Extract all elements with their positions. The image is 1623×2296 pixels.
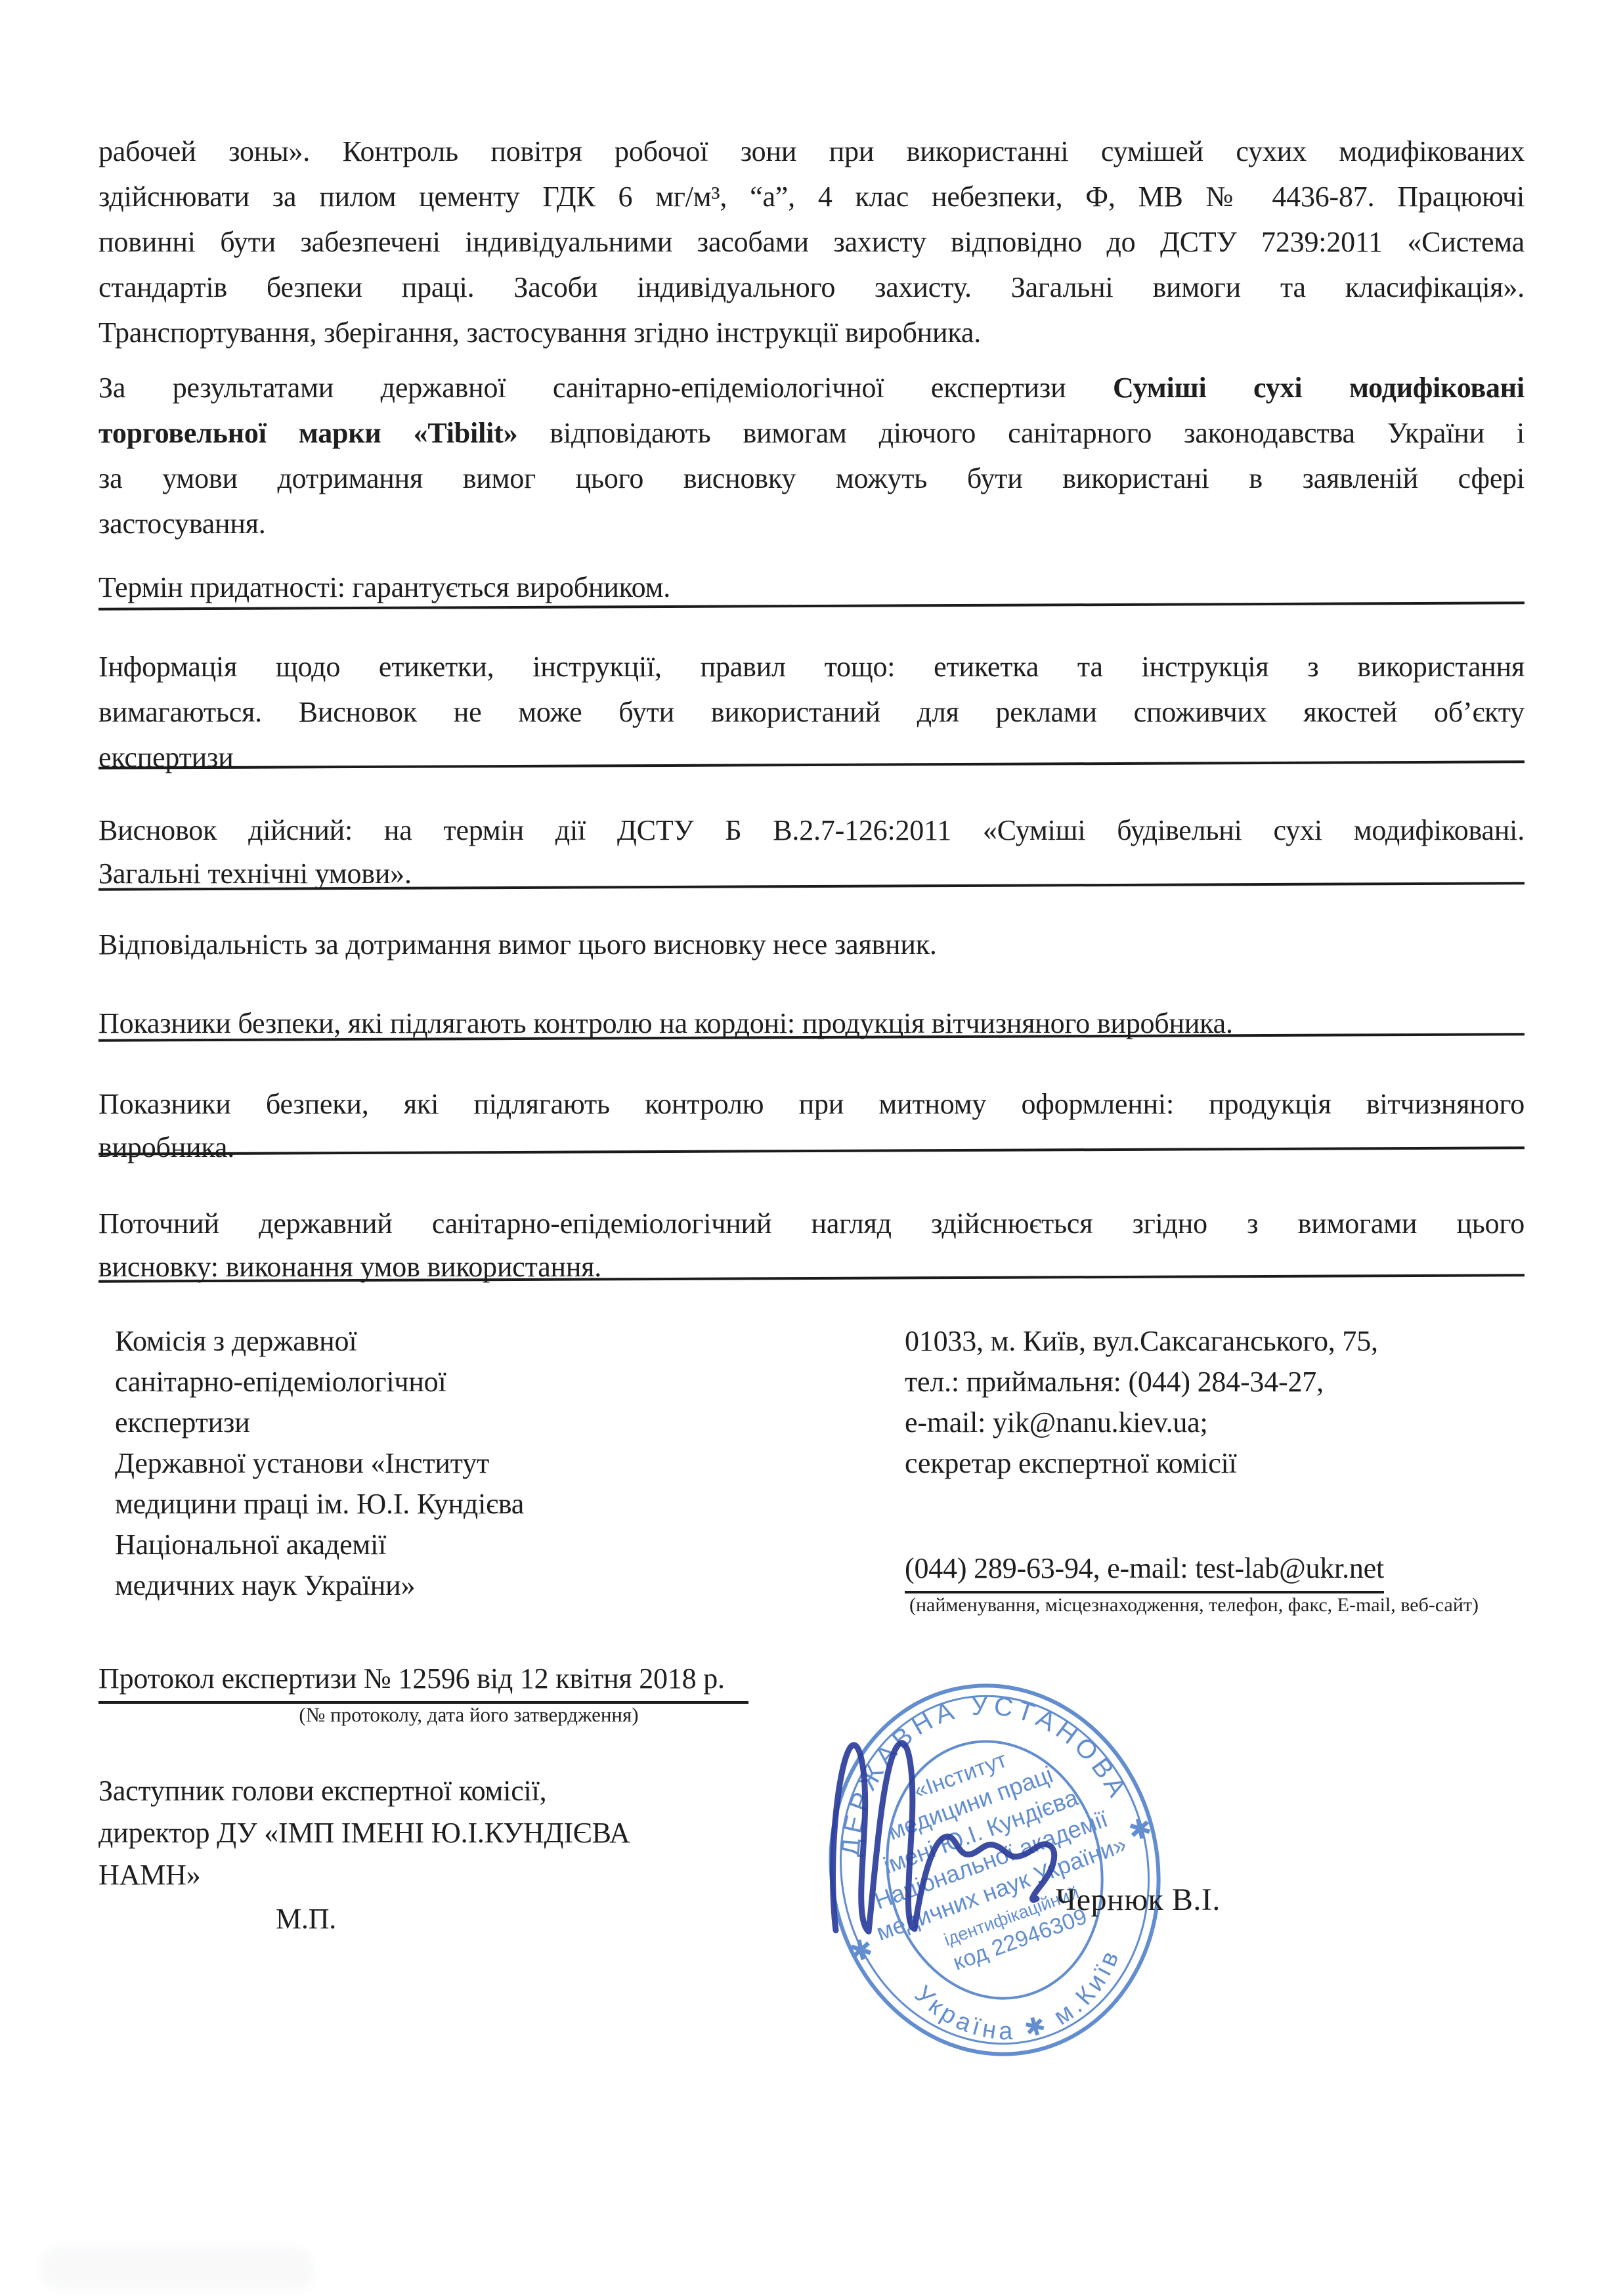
signoff-title-line: Заступник голови експертної комісії, (98, 1770, 821, 1812)
text-line: Інформація щодо етикетки, інструкції, пр… (98, 644, 1525, 689)
lab-phone-email: (044) 289-63-94, e-mail: test-lab@ukr.ne… (905, 1548, 1384, 1589)
paragraph-expertise-result: За результатами державної санітарно-епід… (98, 365, 1525, 546)
commission-name-block: Комісія з державної санітарно-епідеміоло… (115, 1321, 804, 1606)
paragraph-customs-control: Показники безпеки, які підлягають контро… (98, 1083, 1525, 1169)
text-line: висновку: виконання умов використання. (98, 1245, 1525, 1289)
text-line: експертизи (115, 1402, 804, 1443)
protocol-caption: (№ протоколу, дата його затвердження) (272, 1703, 666, 1727)
text-run: За результатами державної санітарно-епід… (98, 372, 1066, 404)
text-line: За результатами державної санітарно-епід… (98, 365, 1525, 410)
text-line: стандартів безпеки праці. Засоби індивід… (98, 265, 1525, 310)
paragraph-label-info: Інформація щодо етикетки, інструкції, пр… (98, 644, 1525, 780)
text-line: за умови дотримання вимог цього висновку… (98, 456, 1525, 501)
text-line: медичних наук України» (115, 1565, 804, 1606)
commission-contacts-block: 01033, м. Київ, вул.Саксаганського, 75, … (905, 1321, 1535, 1484)
secretary-line: секретар експертної комісії (905, 1443, 1535, 1484)
text-line: Показники безпеки, які підлягають контро… (98, 1083, 1525, 1126)
stamp-place-mark: М.П. (276, 1896, 473, 1941)
paragraph-working-zone-control: рабочей зоны». Контроль повітря робочої … (98, 129, 1525, 355)
text-line: Комісія з державної (115, 1321, 804, 1362)
text-line: вимагаються. Висновок не може бути викор… (98, 689, 1525, 735)
text-line: Транспортування, зберігання, застосуванн… (98, 310, 1525, 355)
text-line: медицини праці ім. Ю.І. Кундієва (115, 1484, 804, 1525)
text-line: Поточний державний санітарно-епідеміолог… (98, 1202, 1525, 1245)
product-name-bold: торговельної марки «Tibilit» (98, 417, 517, 449)
handwritten-signature (811, 1668, 1073, 1970)
contacts-caption: (найменування, місцезнаходження, телефон… (909, 1594, 1479, 1616)
text-line: Національної академії (115, 1525, 804, 1565)
signoff-block: Заступник голови експертної комісії, дир… (98, 1770, 821, 1896)
scanned-document-page: рабочей зоны». Контроль повітря робочої … (0, 0, 1623, 2296)
signoff-title-line: НАМН» (98, 1854, 821, 1896)
text-line: Висновок дійсний: на термін дії ДСТУ Б В… (98, 809, 1525, 852)
text-line: торговельної марки «Tibilit» відповідают… (98, 410, 1525, 456)
text-line: застосування. (98, 501, 1525, 546)
text-run: відповідають вимогам діючого санітарного… (550, 417, 1525, 449)
text-line: Державної установи «Інститут (115, 1443, 804, 1484)
text-line: рабочей зоны». Контроль повітря робочої … (98, 129, 1525, 174)
signoff-title-line: директор ДУ «ІМП ІМЕНІ Ю.І.КУНДІЄВА (98, 1812, 821, 1854)
text-line: здійснювати за пилом цементу ГДК 6 мг/м³… (98, 174, 1525, 219)
email-line: e-mail: yik@nanu.kiev.ua; (905, 1402, 1535, 1443)
product-name-bold: Суміші сухі модифіковані (1113, 372, 1525, 404)
phone-line: тел.: приймальня: (044) 284-34-27, (905, 1362, 1535, 1402)
scan-artifact (39, 2245, 315, 2291)
signatory-name: Чернюк В.І. (1056, 1882, 1221, 1918)
paragraph-responsibility: Відповідальність за дотримання вимог цьо… (98, 922, 1525, 967)
text-line: санітарно-епідеміологічної (115, 1362, 804, 1402)
text-line: повинні бути забезпечені індивідуальними… (98, 219, 1525, 265)
text-line: експертизи (98, 735, 1525, 780)
address-line: 01033, м. Київ, вул.Саксаганського, 75, (905, 1321, 1535, 1362)
